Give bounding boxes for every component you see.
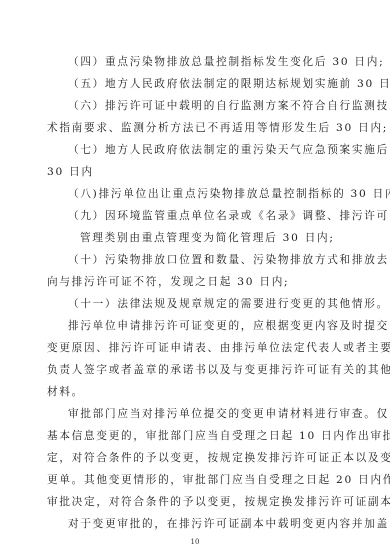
text-line: 审批决定，对符合条件的予以变更，按规定换发排污许可证副本。 [47, 495, 342, 509]
text-line: （十）污染物排放口位置和数量、污染物排放方式和排放去 [68, 253, 342, 267]
text-line: 变更原因、排污许可证申请表、由排污单位法定代表人或者主要 [47, 341, 342, 355]
text-line: 术指南要求、监测分析方法已不再适用等情形发生后 30 日内; [47, 121, 342, 135]
text-line: 管理类别由重点管理变为简化管理后 30 日内; [80, 231, 342, 245]
text-line: 基本信息变更的，审批部门应当自受理之日起 10 日内作出审批决 [47, 429, 342, 443]
text-line: 材料。 [47, 385, 342, 399]
text-line: （十一）法律法规及规章规定的需要进行变更的其他情形。 [68, 297, 342, 311]
text-line: 负责人签字或者盖章的承诺书以及与变更排污许可证有关的其他 [47, 363, 342, 377]
text-line: （四）重点污染物排放总量控制指标发生变化后 30 日内; [68, 55, 342, 69]
text-line: （九）因环境监管重点单位名录或《名录》调整、排污许可 [68, 209, 342, 223]
text-line: 向与排污许可证不符，发现之日起 30 日内; [47, 275, 342, 289]
text-line: 对于变更审批的，在排污许可证副本中载明变更内容并加盖 [68, 517, 342, 531]
text-line: （八)排污单位出让重点污染物排放总量控制指标的 30 日内; [68, 187, 342, 201]
text-line: （六）排污许可证中载明的自行监测方案不符合自行监测技 [68, 99, 342, 113]
text-line: 30 日内 [47, 165, 342, 179]
text-line: （七）地方人民政府依法制定的重污染天气应急预案实施后 [68, 143, 342, 157]
text-line: （五）地方人民政府依法制定的限期达标规划实施前 30 日 [68, 77, 342, 91]
document-page: （四）重点污染物排放总量控制指标发生变化后 30 日内; （五）地方人民政府依法… [0, 0, 390, 551]
text-line: 定，对符合条件的予以变更，按规定换发排污许可证正本以及变 [47, 451, 342, 465]
text-line: 审批部门应当对排污单位提交的变更申请材料进行审查。仅 [68, 407, 342, 421]
text-line: 排污单位申请排污许可证变更的，应根据变更内容及时提交 [68, 319, 342, 333]
page-number: 10 [0, 538, 390, 546]
text-line: 更单。其他变更情形的，审批部门应当自受理之日起 20 日内作出 [47, 473, 342, 487]
